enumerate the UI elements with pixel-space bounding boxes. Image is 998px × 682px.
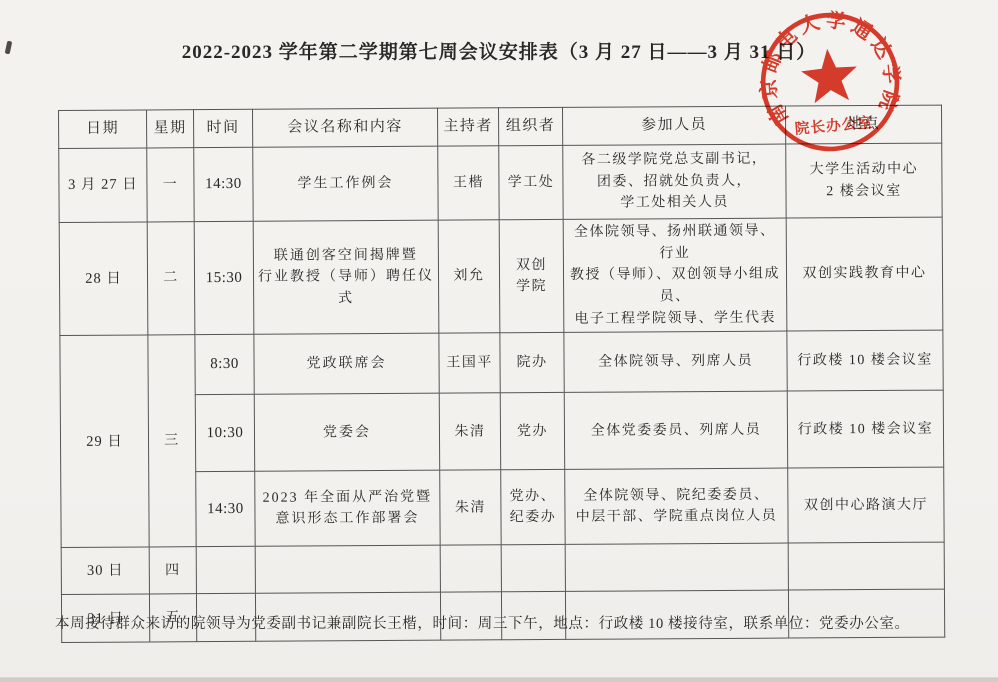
cell-host: 王楷 (438, 146, 499, 220)
cell-participants: 全体党委委员、列席人员 (564, 391, 787, 469)
col-header-meeting: 会议名称和内容 (252, 108, 437, 147)
cell-time: 10:30 (195, 395, 254, 472)
cell-meeting (255, 546, 440, 594)
cell-organizer: 党办、 纪委办 (501, 470, 565, 545)
cell-host: 刘允 (438, 220, 500, 334)
cell-organizer: 双创 学院 (499, 219, 564, 333)
cell-week: 四 (149, 547, 196, 594)
col-header-organizer: 组织者 (498, 107, 562, 145)
cell-participants: 各二级学院党总支副书记， 团委、招就处负责人， 学工处相关人员 (563, 144, 786, 219)
cell-meeting: 联通创客空间揭牌暨 行业教授（导师）聘任仪式 (253, 220, 439, 335)
cell-time: 8:30 (195, 335, 254, 395)
cell-time: 15:30 (194, 221, 254, 335)
document-title: 2022-2023 学年第二学期第七周会议安排表（3 月 27 日——3 月 3… (0, 37, 998, 64)
table-row: 28 日 二 15:30 联通创客空间揭牌暨 行业教授（导师）聘任仪式 刘允 双… (59, 217, 943, 336)
cell-organizer: 学工处 (499, 145, 563, 219)
col-header-time: 时间 (194, 109, 253, 147)
col-header-date: 日期 (59, 110, 147, 149)
cell-time: 14:30 (194, 147, 253, 221)
cell-week-merged: 三 (148, 335, 196, 547)
cell-host: 朱清 (439, 393, 500, 470)
cell-location: 大学生活动中心 2 楼会议室 (786, 143, 942, 218)
table-header-row: 日期 星期 时间 会议名称和内容 主持者 组织者 参加人员 地点 (59, 105, 942, 148)
cell-organizer (501, 545, 565, 592)
cell-location: 行政楼 10 楼会议室 (787, 391, 943, 469)
cell-participants (565, 543, 788, 591)
cell-meeting: 党政联席会 (254, 334, 439, 395)
cell-time (196, 547, 255, 594)
cell-time: 14:30 (196, 472, 255, 547)
cell-participants: 全体院领导、院纪委委员、 中层干部、学院重点岗位人员 (565, 468, 788, 544)
cell-meeting: 党委会 (254, 394, 439, 472)
cell-organizer: 院办 (500, 333, 564, 393)
cell-week: 二 (147, 222, 195, 336)
col-header-participants: 参加人员 (562, 106, 785, 145)
cell-organizer: 党办 (500, 393, 564, 470)
cell-location (788, 543, 944, 591)
table-row: 29 日 三 8:30 党政联席会 王国平 院办 全体院领导、列席人员 行政楼 … (60, 331, 943, 396)
cell-week: 一 (147, 148, 194, 222)
cell-location: 双创实践教育中心 (786, 217, 943, 331)
cell-date: 28 日 (59, 222, 148, 336)
cell-meeting: 学生工作例会 (253, 146, 438, 221)
cell-host: 王国平 (439, 333, 500, 393)
table-row: 3 月 27 日 一 14:30 学生工作例会 王楷 学工处 各二级学院党总支副… (59, 143, 942, 222)
col-header-week: 星期 (147, 110, 194, 148)
cell-meeting: 2023 年全面从严治党暨 意识形态工作部署会 (255, 471, 440, 547)
col-header-location: 地点 (785, 105, 941, 144)
cell-location: 双创中心路演大厅 (788, 468, 944, 544)
table-row: 30 日 四 (61, 543, 944, 595)
cell-host (440, 545, 501, 592)
cell-participants: 全体院领导、列席人员 (564, 331, 787, 392)
cell-date: 3 月 27 日 (59, 148, 147, 223)
col-header-host: 主持者 (437, 108, 498, 146)
cell-date: 30 日 (61, 547, 149, 595)
cell-host: 朱清 (440, 470, 501, 545)
scan-edge (0, 677, 998, 682)
cell-date-merged: 29 日 (60, 335, 149, 548)
meeting-schedule-table: 日期 星期 时间 会议名称和内容 主持者 组织者 参加人员 地点 3 月 27 … (58, 105, 945, 644)
cell-participants: 全体院领导、扬州联通领导、行业 教授（导师）、双创领导小组成员、 电子工程学院领… (563, 218, 787, 333)
cell-location: 行政楼 10 楼会议室 (787, 331, 943, 392)
footer-note: 本周接待群众来访的院领导为党委副书记兼副院长王楷，时间：周三下午，地点：行政楼 … (55, 612, 965, 633)
